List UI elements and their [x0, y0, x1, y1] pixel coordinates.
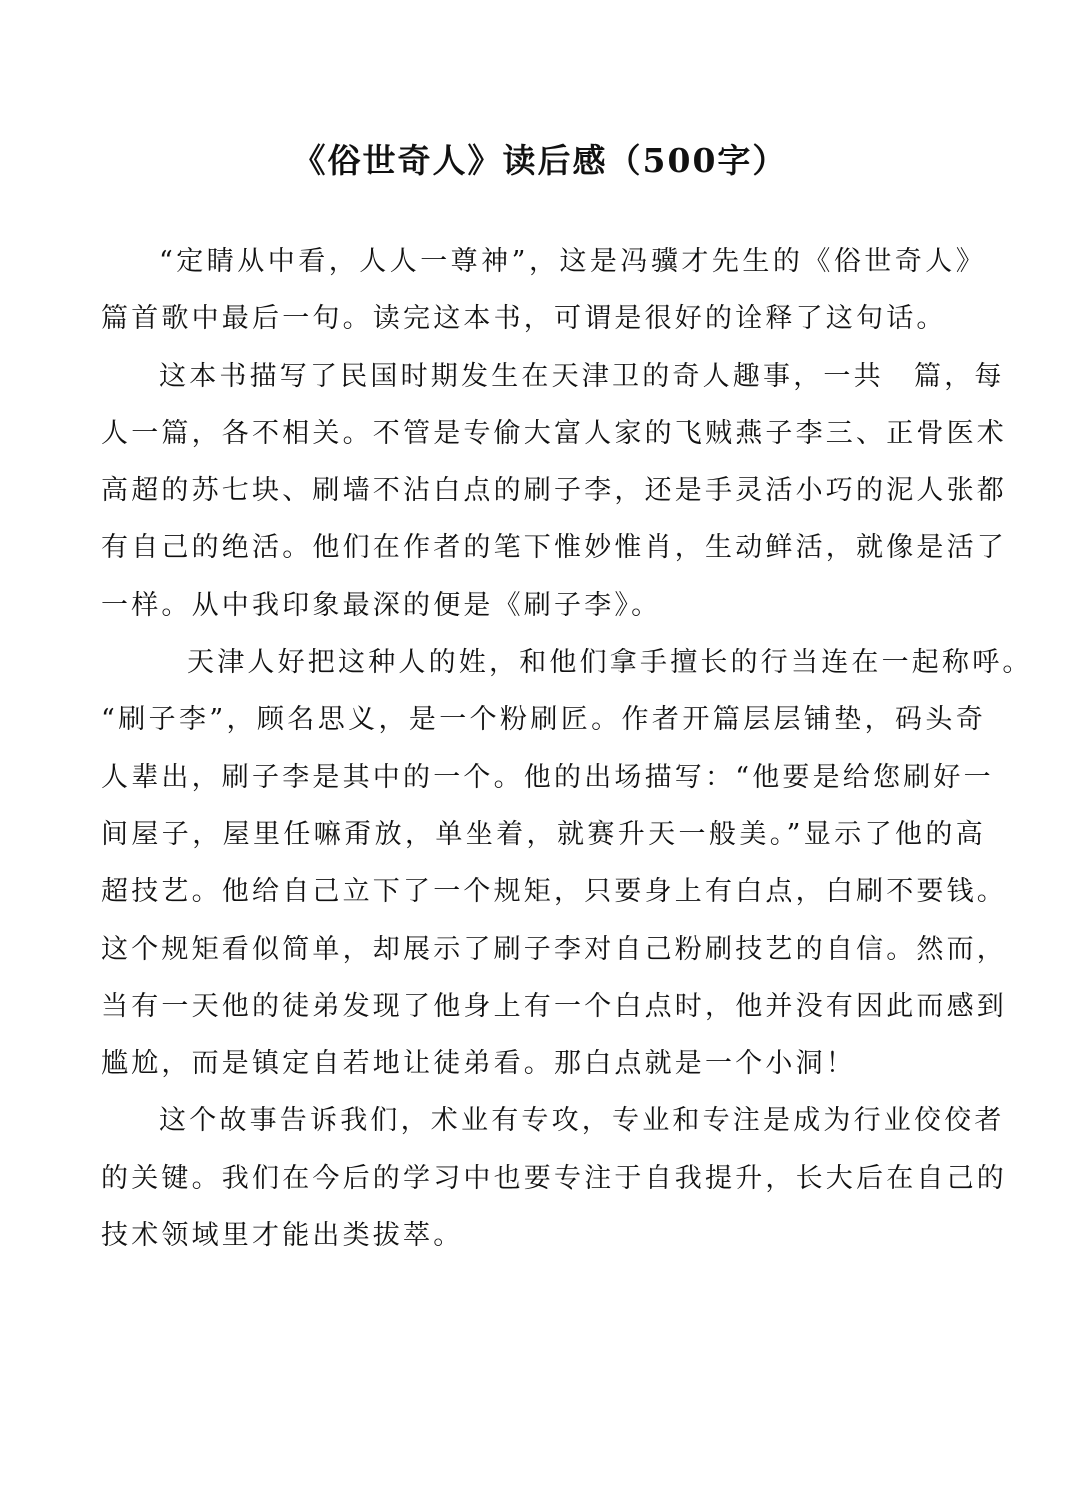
document-body: “定睛从中看，人人一尊神”，这是冯骥才先生的《俗世奇人》 篇首歌中最后一句。读完…	[101, 233, 986, 1264]
paragraph-line: 人辈出，刷子李是其中的一个。他的出场描写：“他要是给您刷好一	[101, 749, 986, 806]
paragraph-line: 这个故事告诉我们，术业有专攻，专业和专注是成为行业佼佼者	[101, 1092, 986, 1149]
document-title: 《俗世奇人》读后感（500字）	[0, 136, 1080, 186]
paragraph-line: 间屋子，屋里任嘛甭放，单坐着，就赛升天一般美。”显示了他的高	[101, 806, 986, 863]
paragraph-line: 的关键。我们在今后的学习中也要专注于自我提升，长大后在自己的	[101, 1150, 986, 1207]
paragraph-line: 超技艺。他给自己立下了一个规矩，只要身上有白点，白刷不要钱。	[101, 863, 986, 920]
paragraph-line: 天津人好把这种人的姓，和他们拿手擅长的行当连在一起称呼。	[101, 634, 986, 691]
paragraph-line: 有自己的绝活。他们在作者的笔下惟妙惟肖，生动鲜活，就像是活了	[101, 519, 986, 576]
paragraph-line: 人一篇，各不相关。不管是专偷大富人家的飞贼燕子李三、正骨医术	[101, 405, 986, 462]
paragraph-line: 这本书描写了民国时期发生在天津卫的奇人趣事，一共 篇，每	[101, 348, 986, 405]
paragraph-line: 一样。从中我印象最深的便是《刷子李》。	[101, 577, 986, 634]
paragraph-line: 尴尬，而是镇定自若地让徒弟看。那白点就是一个小洞！	[101, 1035, 986, 1092]
paragraph-line: 篇首歌中最后一句。读完这本书，可谓是很好的诠释了这句话。	[101, 290, 986, 347]
paragraph-2: 这本书描写了民国时期发生在天津卫的奇人趣事，一共 篇，每 人一篇，各不相关。不管…	[101, 348, 986, 634]
paragraph-line: 高超的苏七块、刷墙不沾白点的刷子李，还是手灵活小巧的泥人张都	[101, 462, 986, 519]
paragraph-line: “刷子李”，顾名思义，是一个粉刷匠。作者开篇层层铺垫，码头奇	[101, 691, 986, 748]
paragraph-line: 当有一天他的徒弟发现了他身上有一个白点时，他并没有因此而感到	[101, 978, 986, 1035]
document-page: 《俗世奇人》读后感（500字） “定睛从中看，人人一尊神”，这是冯骥才先生的《俗…	[0, 0, 1080, 1498]
paragraph-line: “定睛从中看，人人一尊神”，这是冯骥才先生的《俗世奇人》	[101, 233, 986, 290]
paragraph-4: 这个故事告诉我们，术业有专攻，专业和专注是成为行业佼佼者 的关键。我们在今后的学…	[101, 1092, 986, 1264]
paragraph-line: 这个规矩看似简单，却展示了刷子李对自己粉刷技艺的自信。然而，	[101, 921, 986, 978]
paragraph-3: 天津人好把这种人的姓，和他们拿手擅长的行当连在一起称呼。 “刷子李”，顾名思义，…	[101, 634, 986, 1092]
paragraph-1: “定睛从中看，人人一尊神”，这是冯骥才先生的《俗世奇人》 篇首歌中最后一句。读完…	[101, 233, 986, 348]
paragraph-line: 技术领域里才能出类拔萃。	[101, 1207, 986, 1264]
